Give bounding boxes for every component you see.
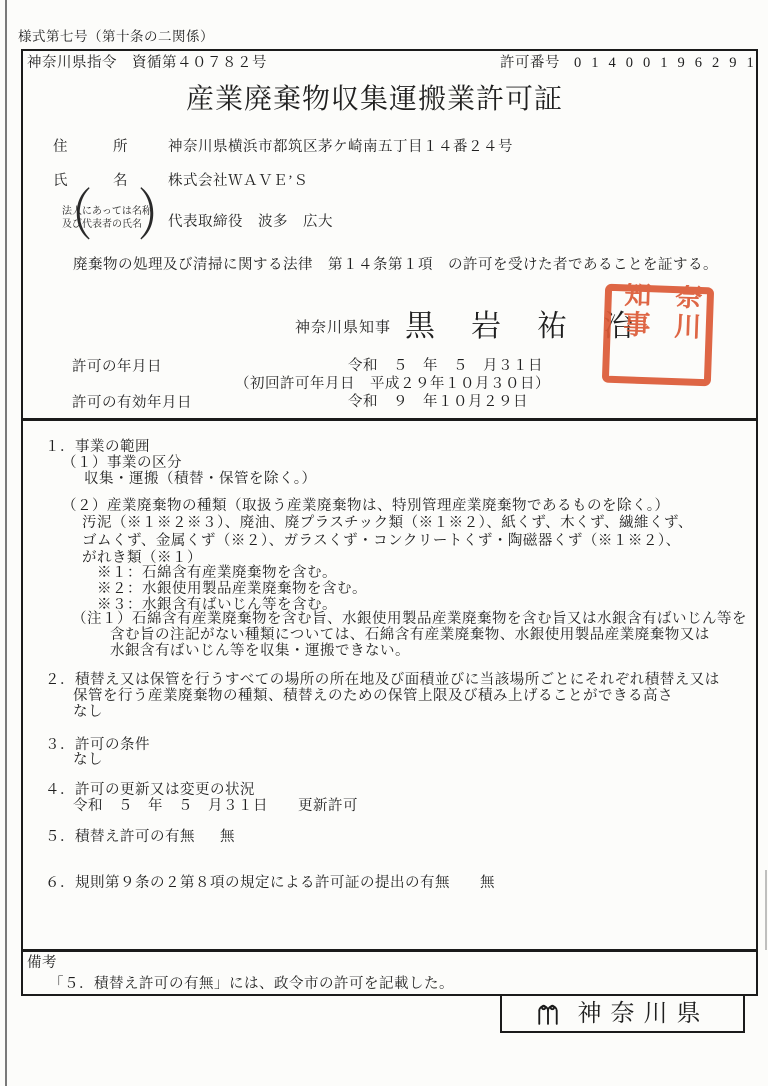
section6-value: 無 <box>480 876 495 891</box>
section1-division-value: 収集・運搬（積替・保管を除く。） <box>84 472 316 487</box>
divider-remarks-section <box>21 949 758 952</box>
section1-caution-line3: 水銀含有ばいじん等を収集・運搬できない。 <box>110 644 410 659</box>
section4-value: 令和 ５ 年 ５ 月３１日 更新許可 <box>73 799 358 814</box>
expiry-date-label: 許可の有効年月日 <box>72 396 192 411</box>
remarks-label: 備考 <box>27 956 57 971</box>
section1-caution-line2: 含む旨の注記がない種類については、石綿含有産業廃棄物、水銀使用製品産業廃棄物又は <box>110 628 710 643</box>
section1-caution-line1: （注１）石綿含有産業廃棄物を含む旨、水銀使用製品産業廃棄物を含む旨又は水銀含有ば… <box>72 612 747 627</box>
section2-value: なし <box>73 705 103 720</box>
section4-heading: ４．許可の更新又は変更の状況 <box>45 783 255 798</box>
address-label: 住 所 <box>53 140 128 155</box>
rep-note-line2: 及び代表者の氏名 <box>62 220 142 230</box>
section2-line1: ２．積替え又は保管を行うすべての場所の所在地及び面積並びに当該場所ごとにそれぞれ… <box>45 673 720 688</box>
permit-number-label: 許可番号 <box>500 55 560 71</box>
section1-types-line2: ゴムくず、金属くず（※２）、ガラスくず・コンクリートくず・陶磁器くず（※１※２）… <box>82 534 681 549</box>
section1-types-heading: （２）産業廃棄物の種類（取扱う産業廃棄物は、特別管理産業廃棄物であるものを除く。… <box>62 499 669 514</box>
section1-types-line1: 汚泥（※１※２※３）、廃油、廃プラスチック類（※１※２）、紙くず、木くず、繊維く… <box>82 516 693 531</box>
section1-types-line3: がれき類（※１） <box>82 551 202 566</box>
kanagawa-crest-icon <box>536 1001 560 1027</box>
section3-heading: ３．許可の条件 <box>45 738 150 753</box>
seal-column-left: 県知事 <box>619 282 653 341</box>
expiry-date-value: 令和 ９ 年１０月２９日 <box>348 395 528 410</box>
prefecture-name: 神奈川県 <box>578 1002 710 1026</box>
certification-statement: 廃棄物の処理及び清掃に関する法律 第１４条第１項 の許可を受けた者であることを証… <box>73 258 718 273</box>
governor-seal: 神奈川 県知事 <box>600 282 715 388</box>
scan-edge-left <box>5 0 7 1086</box>
scan-edge-right <box>765 870 767 950</box>
directive-number: 神奈川県指令 資循第４０７８２号 <box>27 56 267 71</box>
permit-document: 様式第七号（第十条の二関係） 神奈川県指令 資循第４０７８２号 許可番号0140… <box>0 0 768 1086</box>
issue-date-label: 許可の年月日 <box>72 360 162 375</box>
permit-number-row: 許可番号01400196291 <box>500 56 764 71</box>
issue-date-value: 令和 ５ 年 ５ 月３１日 <box>348 359 543 374</box>
document-title: 産業廃棄物収集運搬業許可証 <box>186 86 563 114</box>
representative-value: 代表取締役 波多 広大 <box>168 215 333 230</box>
divider-top-section <box>21 418 758 421</box>
name-value: 株式会社ＷＡＶＥ’Ｓ <box>168 174 308 189</box>
remarks-text: 「５．積替え許可の有無」には、政令市の許可を記載した。 <box>49 977 454 992</box>
first-issue-date: （初回許可年月日 平成２９年１０月３０日） <box>235 377 550 392</box>
section1-division-heading: （１）事業の区分 <box>62 456 182 471</box>
form-note: 様式第七号（第十条の二関係） <box>18 30 214 44</box>
section1-heading: １．事業の範囲 <box>45 440 150 455</box>
section1-note2: ※２：水銀使用製品産業廃棄物を含む。 <box>97 582 367 597</box>
section5-heading: ５．積替え許可の有無 <box>45 830 195 845</box>
section1-note1: ※１：石綿含有産業廃棄物を含む。 <box>97 566 337 581</box>
bracket-open: （ <box>48 195 93 240</box>
address-value: 神奈川県横浜市都筑区茅ケ崎南五丁目１４番２４号 <box>168 140 513 155</box>
governor-title: 神奈川県知事 <box>295 321 391 336</box>
section6-heading: ６．規則第９条の２第８項の規定による許可証の提出の有無 <box>45 876 450 891</box>
permit-number-value: 01400196291 <box>574 55 764 71</box>
section2-line2: 保管を行う産業廃棄物の種類、積替えのための保管上限及び積み上げることができる高さ <box>73 689 673 704</box>
section3-value: なし <box>73 753 103 768</box>
seal-column-right: 神奈川 <box>670 282 704 342</box>
section5-value: 無 <box>220 830 235 845</box>
prefecture-stamp-box: 神奈川県 <box>500 994 745 1033</box>
